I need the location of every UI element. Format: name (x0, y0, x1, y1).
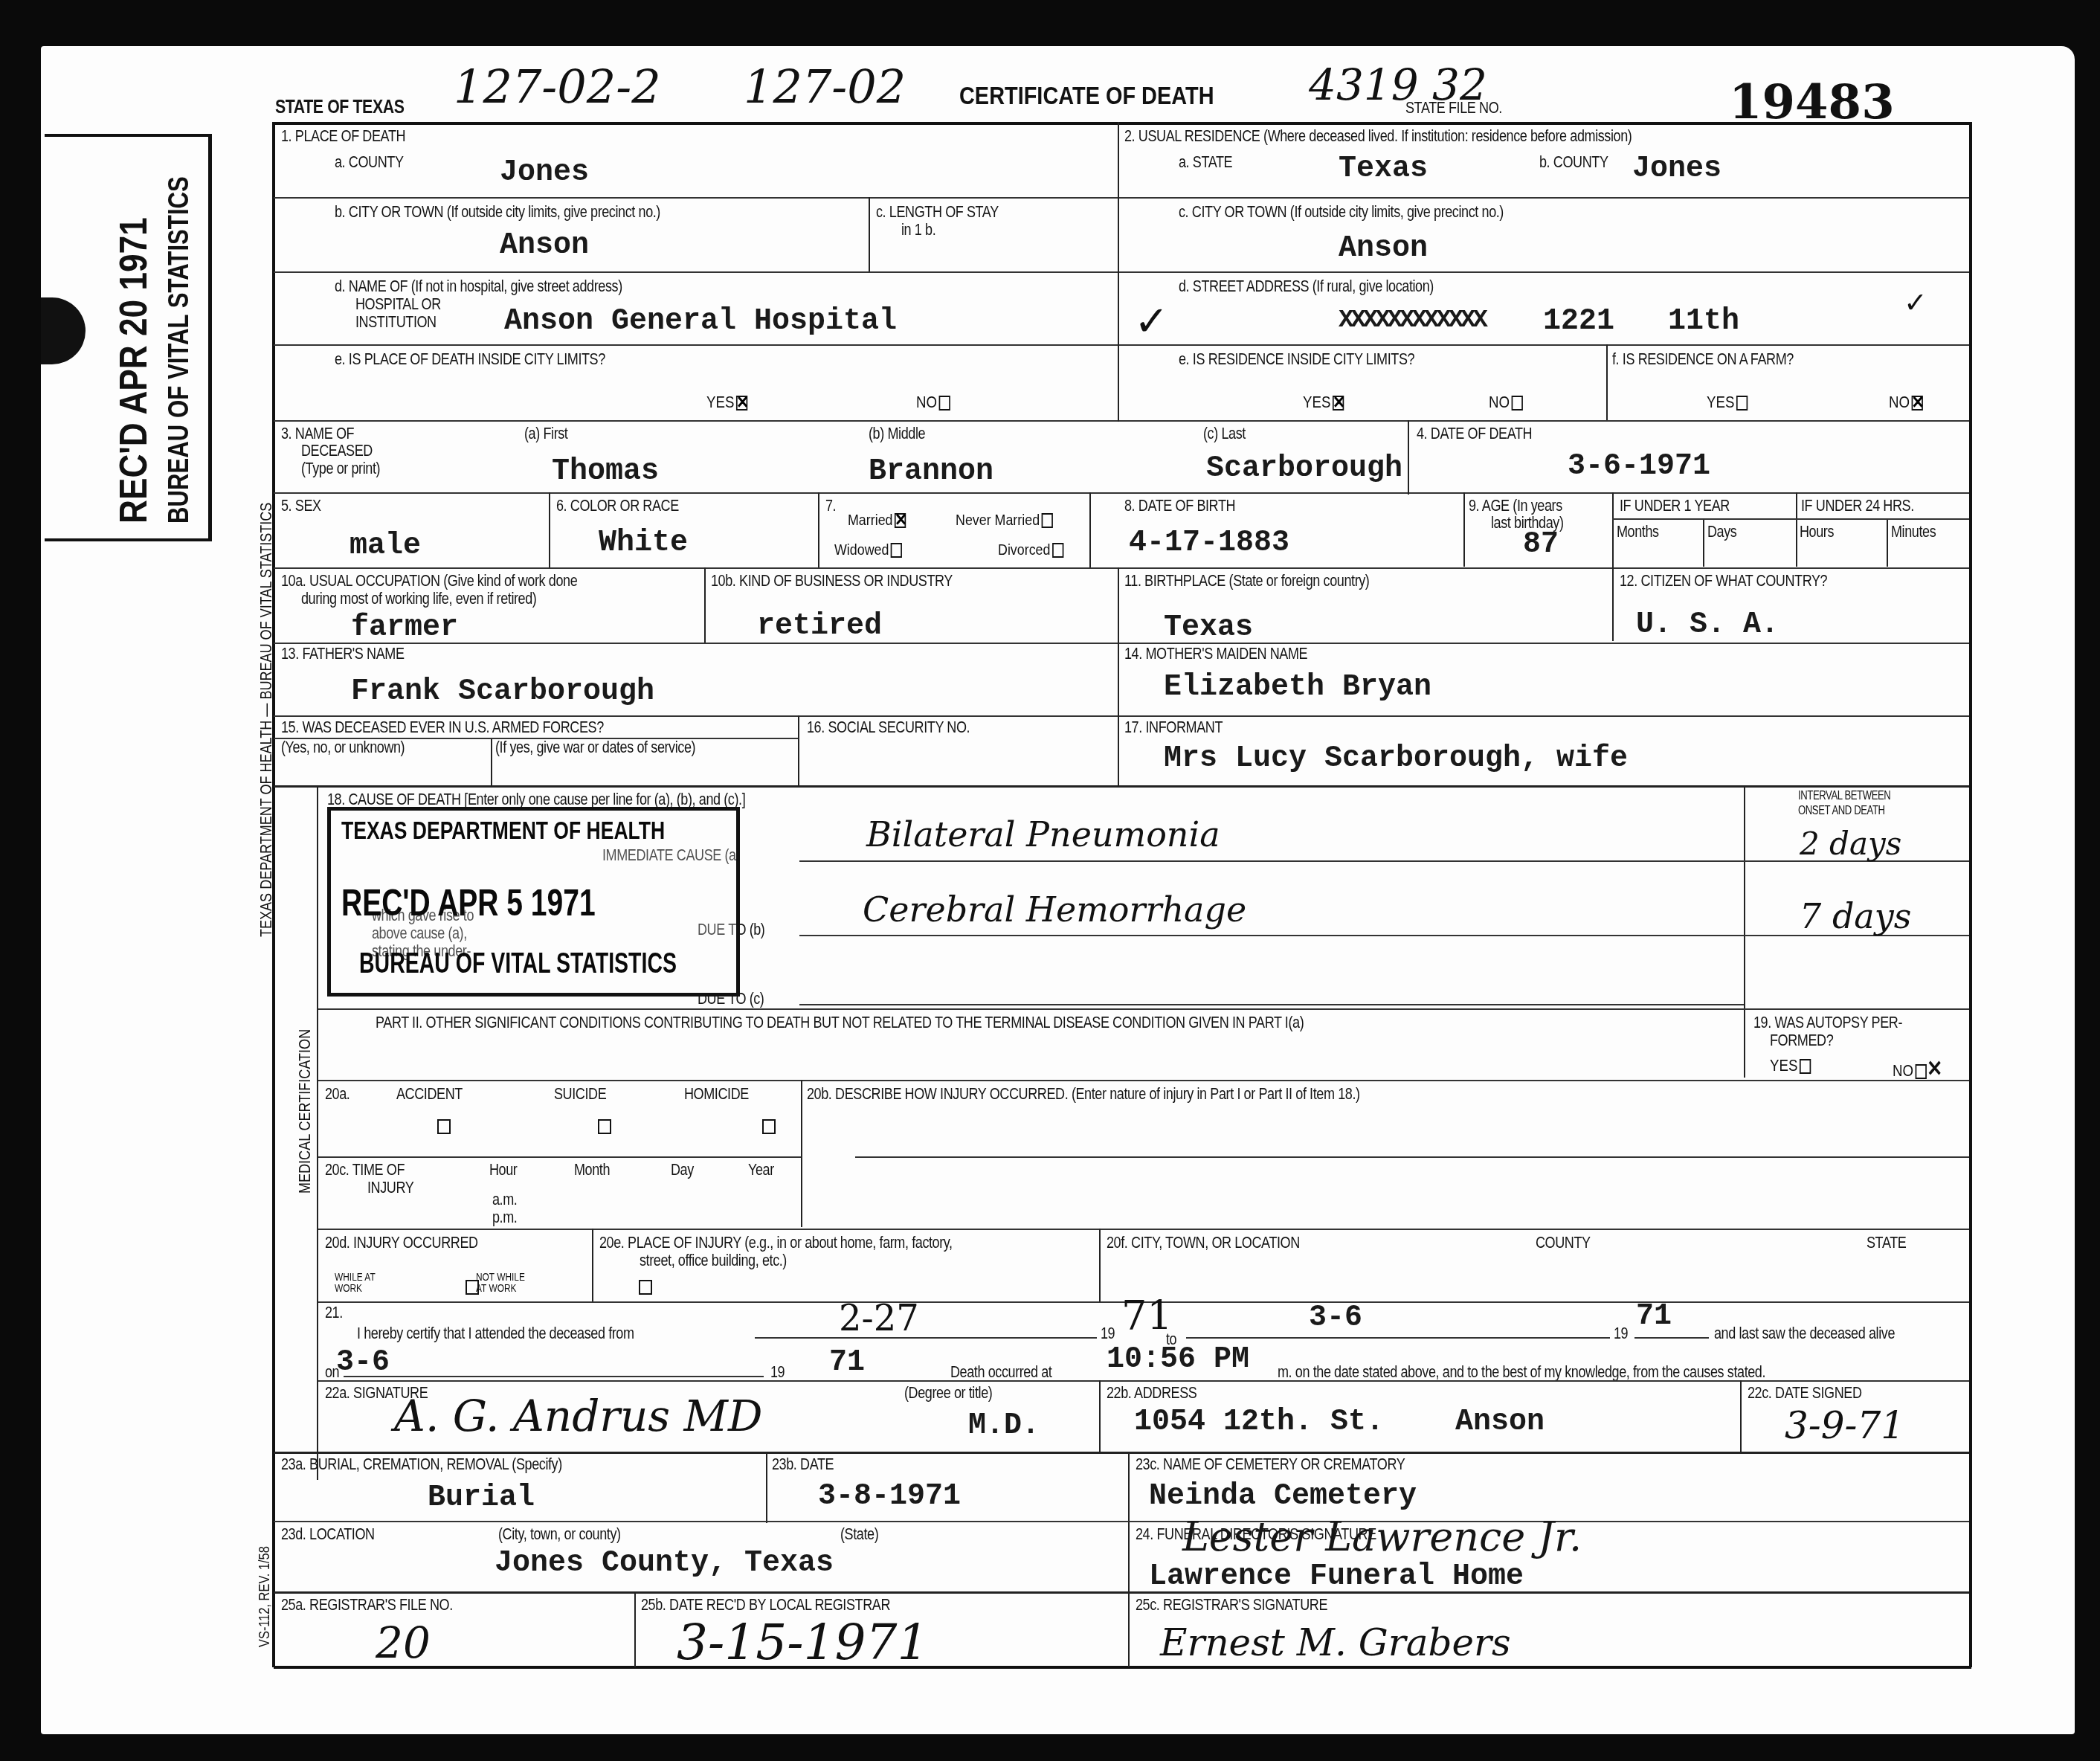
attended-from-year: 71 (1121, 1292, 1173, 1339)
injury-state-label: STATE (1867, 1233, 1906, 1252)
while-at-work-checkbox[interactable]: WHILE AT WORK (335, 1272, 392, 1294)
certification-text-3: m. on the date stated above, and to the … (1278, 1362, 1765, 1382)
certification-number: 21. (325, 1303, 343, 1322)
divider (274, 420, 1969, 422)
divider (1118, 122, 1119, 422)
empty-box-icon (1916, 1064, 1927, 1079)
death-county-value: Jones (500, 156, 589, 190)
birthplace-value: Texas (1164, 611, 1253, 645)
medical-certification-vertical-label: MEDICAL CERTIFICATION (295, 1029, 315, 1194)
attended-from-value: 2-27 (839, 1298, 919, 1339)
marital-never-married[interactable]: Never Married (956, 512, 1053, 529)
occupation-label-2: during most of working life, even if ret… (301, 589, 536, 608)
middle-name-label: (b) Middle (869, 424, 925, 443)
to-year-line (1634, 1337, 1709, 1339)
burial-method-label: 23a. BURIAL, CREMATION, REMOVAL (Specify… (281, 1455, 562, 1474)
dob-value: 4-17-1883 (1129, 527, 1289, 560)
divider (1887, 518, 1888, 567)
last-name-label: (c) Last (1203, 424, 1246, 443)
location-sub-1: (City, town, or county) (498, 1525, 621, 1544)
armed-forces-sub-1: (Yes, no, or unknown) (281, 738, 405, 757)
divider (1703, 518, 1704, 567)
divider (1118, 197, 1969, 199)
institution-label-2: HOSPITAL OR (355, 294, 441, 314)
residence-state-value: Texas (1339, 152, 1428, 186)
burial-method-value: Burial (428, 1481, 535, 1515)
mother-label: 14. MOTHER'S MAIDEN NAME (1124, 644, 1307, 663)
checked-box-icon (736, 396, 747, 411)
divider (274, 785, 1969, 788)
pm-label: p.m. (492, 1208, 517, 1227)
divider (274, 1521, 1969, 1522)
not-while-at-work-label: NOT WHILE AT WORK (476, 1271, 525, 1294)
from-year-prefix: 19 (1101, 1324, 1115, 1343)
texas-health-received-stamp: TEXAS DEPARTMENT OF HEALTH REC'D APR 5 1… (327, 807, 740, 997)
autopsy-no[interactable]: NO✕ (1893, 1056, 1942, 1082)
divider (855, 1156, 1969, 1158)
interval-label-2: ONSET AND DEATH (1798, 805, 1885, 818)
registrar-signature-label: 25c. REGISTRAR'S SIGNATURE (1136, 1595, 1327, 1614)
yes-label: YES (1303, 393, 1330, 411)
address-value: 1054 12th. St. Anson (1134, 1406, 1545, 1439)
burial-date-label: 23b. DATE (772, 1455, 834, 1474)
occupation-value: farmer (351, 611, 458, 645)
cause-line-a (799, 860, 1969, 862)
registrar-file-value: 20 (376, 1617, 431, 1668)
interval-b-value: 7 days (1800, 896, 1911, 936)
checked-box-icon (895, 513, 906, 528)
death-time-value: 10:56 PM (1107, 1343, 1249, 1377)
checked-box-icon (1333, 396, 1344, 411)
divider (1099, 1229, 1101, 1301)
institution-value: Anson General Hospital (504, 305, 897, 338)
stamp-line-3: BUREAU OF VITAL STATISTICS (359, 948, 677, 980)
empty-box-icon (1042, 513, 1053, 528)
residence-street-label: d. STREET ADDRESS (If rural, give locati… (1179, 277, 1434, 296)
residence-city-label: c. CITY OR TOWN (If outside city limits,… (1179, 202, 1504, 222)
last-name-value: Scarborough (1206, 452, 1402, 486)
residence-street-value: 1221 11th (1543, 305, 1739, 338)
divider (274, 643, 1969, 644)
on-line (344, 1376, 764, 1377)
due-to-b-value: Cerebral Hemorrhage (863, 889, 1246, 930)
empty-box-icon (1512, 396, 1523, 411)
divider (549, 492, 550, 567)
degree-value: M.D. (968, 1409, 1040, 1443)
residence-farm-no[interactable]: NO (1889, 393, 1923, 412)
length-of-stay-label: c. LENGTH OF STAY (876, 202, 999, 222)
ssn-label: 16. SOCIAL SECURITY NO. (807, 718, 970, 737)
stamp-line-1: TEXAS DEPARTMENT OF HEALTH (341, 817, 665, 846)
institution-label: d. NAME OF (If not in hospital, give str… (335, 277, 622, 296)
burial-location-label: 23d. LOCATION (281, 1525, 375, 1544)
state-of-texas-label: STATE OF TEXAS (275, 95, 405, 118)
registrar-date-value: 3-15-1971 (677, 1614, 929, 1671)
cemetery-value: Neinda Cemetery (1149, 1480, 1417, 1513)
yes-label: YES (1770, 1056, 1797, 1075)
time-of-injury-label-2: INJURY (367, 1178, 413, 1197)
father-label: 13. FATHER'S NAME (281, 644, 405, 663)
divider (592, 1229, 593, 1301)
interval-label: INTERVAL BETWEEN (1798, 790, 1890, 803)
funeral-director-signature: Lester Lawrence Jr. (1182, 1513, 1582, 1560)
death-city-label: b. CITY OR TOWN (If outside city limits,… (335, 202, 660, 222)
divider (274, 715, 1969, 717)
divider (318, 1380, 1969, 1382)
divider (274, 492, 1969, 494)
informant-value: Mrs Lucy Scarborough, wife (1164, 742, 1628, 776)
form-bottom-border (274, 1666, 1971, 1669)
hours-label: Hours (1800, 522, 1834, 541)
cause-line-b (799, 935, 1969, 936)
time-of-injury-label: 20c. TIME OF (325, 1160, 405, 1179)
divider (766, 1452, 767, 1523)
death-occurred-at-label: Death occurred at (950, 1362, 1051, 1382)
divider (704, 567, 706, 643)
divider (1463, 492, 1465, 567)
institution-label-3: INSTITUTION (355, 312, 437, 332)
divider (318, 1229, 1969, 1230)
am-label: a.m. (492, 1190, 517, 1209)
injury-describe-label: 20b. DESCRIBE HOW INJURY OCCURRED. (Ente… (807, 1084, 1360, 1104)
empty-box-icon (891, 543, 902, 558)
registrar-date-label: 25b. DATE REC'D BY LOCAL REGISTRAR (641, 1595, 890, 1614)
dob-label: 8. DATE OF BIRTH (1124, 496, 1235, 515)
received-stamp-date: REC'D APR 20 1971 (112, 217, 156, 524)
last-seen-on-year: 71 (829, 1346, 865, 1379)
physician-signature: A. G. Andrus MD (394, 1391, 762, 1441)
state-file-no-label: STATE FILE NO. (1405, 98, 1502, 117)
cemetery-label: 23c. NAME OF CEMETERY OR CREMATORY (1136, 1455, 1405, 1474)
residence-inside-city-no[interactable]: NO (1489, 393, 1523, 412)
divider (869, 197, 870, 271)
day-label: Day (671, 1160, 694, 1179)
registrar-file-label: 25a. REGISTRAR'S FILE NO. (281, 1595, 453, 1614)
cause-line-c (799, 1004, 1744, 1005)
checkmark-icon: ✓ (1904, 286, 1927, 319)
citizen-label: 12. CITIZEN OF WHAT COUNTRY? (1620, 571, 1827, 590)
residence-farm-yes[interactable]: YES (1707, 393, 1748, 412)
divider (1612, 492, 1614, 641)
days-label: Days (1707, 522, 1736, 541)
registrar-signature: Ernest M. Grabers (1160, 1621, 1511, 1664)
suicide-label: SUICIDE (554, 1084, 606, 1104)
divider (1796, 492, 1797, 567)
form-top-border (274, 122, 1971, 125)
under-1-year-label: IF UNDER 1 YEAR (1620, 496, 1730, 515)
suicide-checkbox[interactable] (598, 1119, 611, 1134)
armed-forces-sub-2: (If yes, give war or dates of service) (495, 738, 695, 757)
business-value: retired (757, 610, 882, 643)
widowed-label: Widowed (834, 541, 889, 558)
residence-state-label: a. STATE (1179, 152, 1232, 172)
divider (274, 1452, 1969, 1454)
death-inside-city-label: e. IS PLACE OF DEATH INSIDE CITY LIMITS? (335, 350, 605, 369)
empty-box-icon (1052, 543, 1063, 558)
certification-text-1: I hereby certify that I attended the dec… (357, 1324, 634, 1343)
place-of-injury-label-2: street, office building, etc.) (640, 1251, 787, 1270)
location-sub-2: (State) (840, 1525, 878, 1544)
divider (801, 1080, 802, 1227)
place-of-death-label: 1. PLACE OF DEATH (281, 126, 405, 146)
address-label: 22b. ADDRESS (1107, 1383, 1196, 1403)
certification-text-2: and last saw the deceased alive (1714, 1324, 1895, 1343)
divider (1089, 492, 1091, 567)
divider (318, 1008, 1969, 1010)
handwritten-code-2: 127-02 (744, 59, 906, 114)
divider (1128, 1452, 1130, 1667)
divider (274, 344, 1969, 346)
race-label: 6. COLOR OR RACE (556, 496, 679, 515)
usual-residence-label: 2. USUAL RESIDENCE (Where deceased lived… (1124, 126, 1632, 146)
accident-label: ACCIDENT (396, 1084, 463, 1104)
divider (1740, 1380, 1742, 1452)
checked-box-icon (1912, 396, 1923, 411)
date-of-death-value: 3-6-1971 (1568, 450, 1710, 483)
marital-widowed[interactable]: Widowed (834, 541, 902, 559)
residence-inside-city-yes[interactable]: YES (1303, 393, 1344, 412)
to-line (1186, 1337, 1610, 1339)
father-value: Frank Scarborough (351, 675, 654, 709)
no-label: NO (1489, 393, 1510, 411)
deceased-name-label-2: DECEASED (301, 441, 373, 460)
form-code-vertical-label: VS-112, REV. 1/58 (257, 1546, 274, 1647)
degree-label: (Degree or title) (904, 1383, 992, 1403)
middle-name-value: Brannon (869, 455, 993, 489)
month-label: Month (574, 1160, 610, 1179)
injury-type-label: 20a. (325, 1084, 350, 1104)
stamp-line-2: REC'D APR 5 1971 (341, 881, 596, 924)
minutes-label: Minutes (1891, 522, 1936, 541)
divider (634, 1591, 636, 1667)
no-label: NO (916, 393, 937, 411)
length-of-stay-sub-label: in 1 b. (901, 220, 935, 239)
sex-value: male (350, 529, 421, 563)
marital-married[interactable]: Married (848, 512, 906, 529)
autopsy-label-2: FORMED? (1770, 1031, 1833, 1050)
checkmark-icon: ✓ (1134, 297, 1169, 346)
divorced-label: Divorced (998, 541, 1050, 558)
residence-inside-city-label: e. IS RESIDENCE INSIDE CITY LIMITS? (1179, 350, 1414, 369)
divider (491, 738, 492, 785)
from-line (755, 1337, 1097, 1339)
received-stamp-bureau: BUREAU OF VITAL STATISTICS (164, 176, 196, 524)
date-of-death-label: 4. DATE OF DEATH (1417, 424, 1532, 443)
residence-county-label: b. COUNTY (1539, 152, 1608, 172)
homicide-checkbox[interactable] (762, 1119, 776, 1134)
sex-label: 5. SEX (281, 496, 321, 515)
divider (318, 1156, 801, 1158)
divider (274, 1591, 1969, 1594)
birthplace-label: 11. BIRTHPLACE (State or foreign country… (1124, 571, 1369, 590)
attended-to-value: 3-6 (1309, 1301, 1362, 1335)
medical-section-left-border (317, 785, 318, 1480)
divider (798, 715, 799, 785)
on-year-prefix: 19 (770, 1362, 785, 1382)
no-label: NO (1893, 1061, 1913, 1080)
funeral-home-value: Lawrence Funeral Home (1149, 1560, 1524, 1594)
divider (274, 271, 1969, 273)
handwritten-code-1: 127-02-2 (454, 59, 661, 114)
first-name-value: Thomas (552, 455, 659, 489)
not-while-at-work-checkbox[interactable]: NOT WHILE AT WORK (476, 1272, 533, 1294)
form-right-border (1969, 122, 1972, 1667)
married-label: Married (848, 512, 893, 529)
while-at-work-label: WHILE AT WORK (335, 1271, 375, 1294)
deceased-name-label-3: (Type or print) (301, 459, 380, 478)
immediate-cause-value: Bilateral Pneumonia (866, 814, 1220, 854)
empty-box-icon (1800, 1059, 1811, 1074)
occupation-label: 10a. USUAL OCCUPATION (Give kind of work… (281, 571, 577, 590)
marital-divorced[interactable]: Divorced (998, 541, 1063, 559)
date-signed-label: 22c. DATE SIGNED (1748, 1383, 1862, 1403)
x-mark-icon: ✕ (1927, 1057, 1942, 1081)
hour-label: Hour (489, 1160, 517, 1179)
mother-value: Elizabeth Bryan (1164, 671, 1431, 704)
divider (318, 1080, 1969, 1081)
last-seen-on-value: 3-6 (336, 1346, 390, 1379)
place-of-injury-label: 20e. PLACE OF INJURY (e.g., in or about … (599, 1233, 953, 1252)
months-label: Months (1617, 522, 1659, 541)
burial-date-value: 3-8-1971 (818, 1480, 961, 1513)
residence-farm-label: f. IS RESIDENCE ON A FARM? (1612, 350, 1794, 369)
burial-location-value: Jones County, Texas (495, 1547, 834, 1580)
street-struck-out: XXXXXXXXXXXX (1339, 306, 1485, 335)
never-married-label: Never Married (956, 512, 1040, 529)
interval-a-value: 2 days (1800, 825, 1901, 862)
armed-forces-label: 15. WAS DECEASED EVER IN U.S. ARMED FORC… (281, 718, 604, 737)
first-name-label: (a) First (524, 424, 567, 443)
autopsy-label: 19. WAS AUTOPSY PER- (1753, 1013, 1902, 1032)
homicide-label: HOMICIDE (684, 1084, 749, 1104)
part-2-label: PART II. OTHER SIGNIFICANT CONDITIONS CO… (376, 1013, 1304, 1032)
yes-label: YES (706, 393, 734, 411)
to-year-prefix: 19 (1614, 1324, 1628, 1343)
empty-box-icon (939, 396, 950, 411)
residence-city-value: Anson (1339, 232, 1428, 265)
death-inside-city-no[interactable]: NO (916, 393, 950, 412)
divider (1606, 344, 1608, 420)
accident-checkbox[interactable] (437, 1119, 451, 1134)
divider (1612, 518, 1969, 520)
injury-city-label: 20f. CITY, TOWN, OR LOCATION (1107, 1233, 1300, 1252)
business-label: 10b. KIND OF BUSINESS OR INDUSTRY (711, 571, 953, 590)
date-signed-value: 3-9-71 (1785, 1404, 1904, 1447)
race-value: White (599, 527, 688, 560)
death-inside-city-yes[interactable]: YES (706, 393, 747, 412)
informant-label: 17. INFORMANT (1124, 718, 1223, 737)
year-label: Year (748, 1160, 774, 1179)
attended-to-year: 71 (1636, 1300, 1672, 1333)
certificate-title: CERTIFICATE OF DEATH (959, 82, 1214, 111)
empty-box-icon (1736, 396, 1748, 411)
injury-county-label: COUNTY (1536, 1233, 1591, 1252)
injury-occurred-label: 20d. INJURY OCCURRED (325, 1233, 478, 1252)
marital-label: 7. (825, 496, 836, 515)
under-24-hrs-label: IF UNDER 24 HRS. (1801, 496, 1914, 515)
age-value: 87 (1523, 528, 1559, 561)
not-while-at-work-box[interactable] (639, 1280, 652, 1295)
yes-label: YES (1707, 393, 1734, 411)
no-label: NO (1889, 393, 1910, 411)
citizen-value: U. S. A. (1636, 608, 1779, 642)
divider (1099, 1380, 1101, 1452)
divider (818, 492, 819, 567)
death-city-value: Anson (500, 229, 589, 263)
divider (1118, 567, 1119, 785)
form-left-border (272, 122, 275, 1667)
divider (1408, 420, 1409, 495)
autopsy-yes[interactable]: YES (1770, 1056, 1811, 1075)
divider (274, 197, 1118, 199)
death-county-label: a. COUNTY (335, 152, 404, 172)
residence-county-value: Jones (1632, 152, 1721, 186)
divider (1744, 785, 1745, 1078)
divider (274, 567, 1969, 569)
